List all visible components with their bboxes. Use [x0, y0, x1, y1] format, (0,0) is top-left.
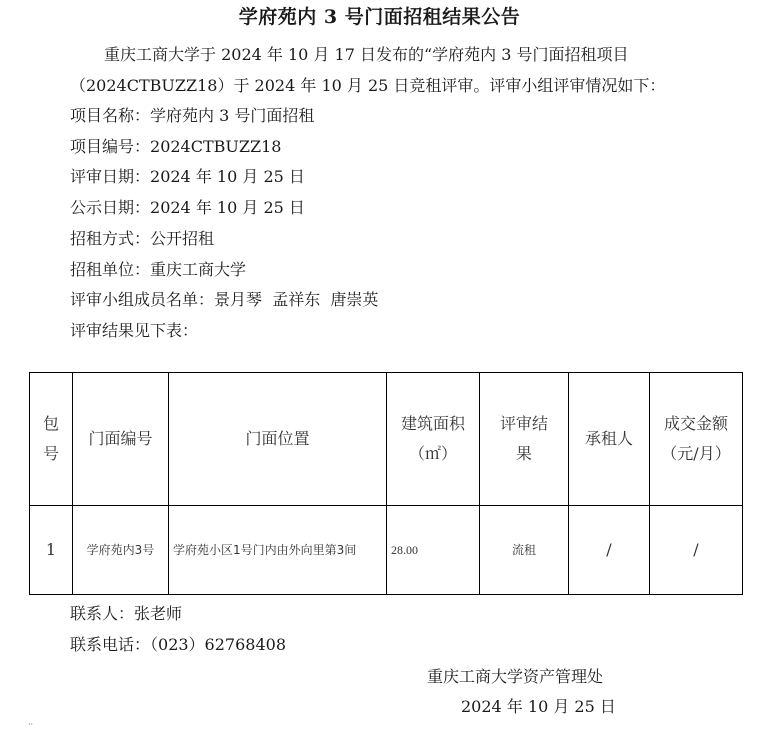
table-intro: 评审结果见下表： — [70, 320, 198, 342]
contact-phone: 联系电话：（023）62768408 — [70, 634, 286, 656]
table-row: 1 学府苑内3号 学府苑小区1号门内由外向里第3间 28.00 流租 / / — [30, 506, 743, 595]
field-value: 学府苑内 3 号门面招租 — [150, 106, 314, 125]
field-value: 2024 年 10 月 25 日 — [150, 198, 305, 217]
field-label: 项目编号： — [70, 137, 150, 156]
intro-line-1: 重庆工商大学于 2024 年 10 月 17 日发布的“学府苑内 3 号门面招租… — [104, 44, 629, 66]
header-lessee: 承租人 — [569, 373, 650, 506]
header-storefront-location: 门面位置 — [169, 373, 387, 506]
cell-deal-amount: / — [650, 506, 743, 595]
header-floor-area: 建筑面积（㎡） — [387, 373, 480, 506]
table-header-row: 包号 门面编号 门面位置 建筑面积（㎡） 评审结果 承租人 成交金额（元/月） — [30, 373, 743, 506]
cell-storefront-no: 学府苑内3号 — [73, 506, 169, 595]
field-label: 公示日期： — [70, 198, 150, 217]
field-project-name: 项目名称：学府苑内 3 号门面招租 — [70, 105, 314, 127]
page-title: 学府苑内 3 号门面招租结果公告 — [0, 2, 759, 29]
field-value: 重庆工商大学 — [150, 260, 246, 279]
signature-org: 重庆工商大学资产管理处 — [427, 666, 603, 688]
field-lease-method: 招租方式：公开招租 — [70, 228, 214, 250]
header-package-no: 包号 — [30, 373, 73, 506]
cell-storefront-location: 学府苑小区1号门内由外向里第3间 — [169, 506, 387, 595]
field-value: 2024 年 10 月 25 日 — [150, 167, 305, 186]
contact-person: 联系人：张老师 — [70, 603, 182, 625]
field-project-number: 项目编号：2024CTBUZZ18 — [70, 136, 281, 158]
field-publish-date: 公示日期：2024 年 10 月 25 日 — [70, 197, 305, 219]
cell-lessee: / — [569, 506, 650, 595]
intro-line-2: （2024CTBUZZ18）于 2024 年 10 月 25 日竞租评审。评审小… — [70, 75, 665, 97]
field-label: 评审小组成员名单： — [70, 290, 214, 309]
results-table: 包号 门面编号 门面位置 建筑面积（㎡） 评审结果 承租人 成交金额（元/月） … — [29, 372, 743, 595]
field-label: 招租单位： — [70, 260, 150, 279]
field-value: 公开招租 — [150, 229, 214, 248]
cell-review-result: 流租 — [480, 506, 569, 595]
field-value: 2024CTBUZZ18 — [150, 137, 281, 156]
signature-date: 2024 年 10 月 25 日 — [461, 696, 616, 718]
paragraph-mark: ·· — [28, 720, 33, 729]
cell-floor-area: 28.00 — [387, 506, 480, 595]
field-label: 项目名称： — [70, 106, 150, 125]
field-value: 景月琴 孟祥东 唐崇英 — [214, 290, 378, 309]
header-deal-amount: 成交金额（元/月） — [650, 373, 743, 506]
cell-package-no: 1 — [30, 506, 73, 595]
field-label: 招租方式： — [70, 229, 150, 248]
header-review-result: 评审结果 — [480, 373, 569, 506]
field-review-members: 评审小组成员名单：景月琴 孟祥东 唐崇英 — [70, 289, 378, 311]
field-label: 评审日期： — [70, 167, 150, 186]
header-storefront-no: 门面编号 — [73, 373, 169, 506]
field-review-date: 评审日期：2024 年 10 月 25 日 — [70, 166, 305, 188]
field-lease-unit: 招租单位：重庆工商大学 — [70, 259, 246, 281]
